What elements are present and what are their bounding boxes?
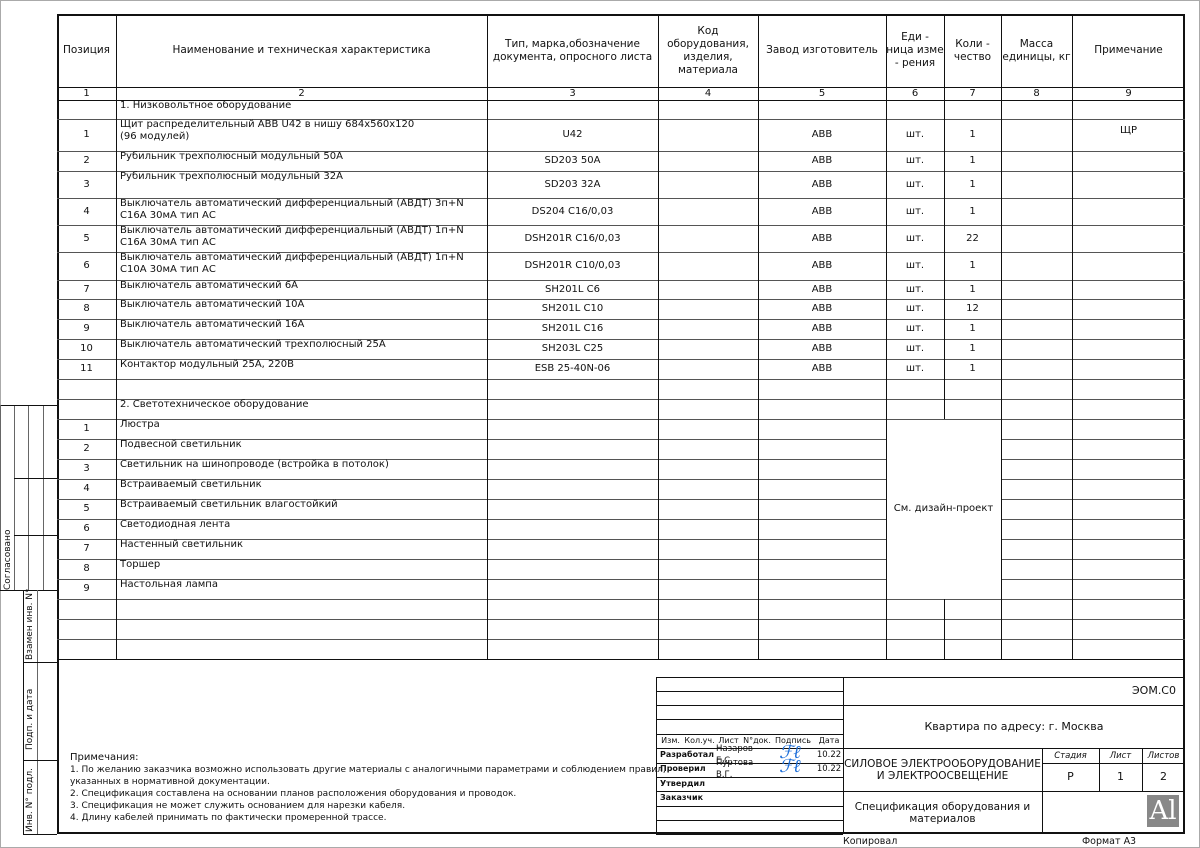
column-number: 2 bbox=[116, 87, 487, 100]
header-line: Коли - bbox=[955, 38, 990, 51]
cell-line: С10А 30мА тип АС bbox=[120, 264, 216, 276]
row-name: Подвесной светильник bbox=[116, 439, 487, 459]
stamp-role: Утвердил bbox=[660, 777, 715, 791]
header-line: документа, опросного листа bbox=[493, 51, 652, 64]
stamp-person bbox=[716, 791, 771, 805]
row-type: ESB 25-40N-06 bbox=[487, 359, 658, 379]
cell-line: Выключатель автоматический дифференциаль… bbox=[120, 252, 464, 264]
row-mass bbox=[1001, 198, 1072, 225]
cell-line: Рубильник трехполюсный модульный 32А bbox=[120, 171, 343, 183]
row-unit: шт. bbox=[886, 198, 944, 225]
cell-line: Рубильник трехполюсный модульный 50А bbox=[120, 151, 343, 163]
strip-line bbox=[0, 405, 57, 406]
row-name: Выключатель автоматический 16А bbox=[116, 319, 487, 339]
row-unit: шт. bbox=[886, 151, 944, 171]
row-maker: ABB bbox=[758, 280, 886, 299]
column-number: 8 bbox=[1001, 87, 1072, 100]
row-mass bbox=[1001, 225, 1072, 252]
stamp-date bbox=[815, 791, 843, 805]
row-name: Настольная лампа bbox=[116, 579, 487, 599]
row-maker: ABB bbox=[758, 198, 886, 225]
stamp-line bbox=[656, 820, 843, 821]
row-note bbox=[1072, 171, 1185, 198]
cell-line: Контактор модульный 25А, 220В bbox=[120, 359, 294, 371]
header-code: Кодоборудования,изделия,материала bbox=[658, 14, 758, 87]
stamp-line bbox=[656, 705, 843, 706]
header-line: ница изме bbox=[886, 44, 943, 57]
stamp-line bbox=[656, 677, 657, 834]
header-line: - рения bbox=[895, 57, 935, 70]
stage-label: Стадия bbox=[1042, 748, 1099, 763]
row-unit: шт. bbox=[886, 225, 944, 252]
row-name: Встраиваемый светильник bbox=[116, 479, 487, 499]
header-line: чество bbox=[954, 51, 991, 64]
agreed-label: Согласовано bbox=[3, 530, 13, 590]
row-position: 9 bbox=[57, 319, 116, 339]
row-qty: 1 bbox=[944, 359, 1001, 379]
cell-line: Выключатель автоматический дифференциаль… bbox=[120, 225, 464, 237]
header-line: Масса bbox=[1020, 38, 1053, 51]
row-divider bbox=[57, 639, 1185, 640]
section-title-stamp: СИЛОВОЕ ЭЛЕКТРООБОРУДОВАНИЕИ ЭЛЕКТРООСВЕ… bbox=[843, 748, 1042, 791]
cell-line: (96 модулей) bbox=[120, 131, 189, 143]
row-type: DSH201R C10/0,03 bbox=[487, 252, 658, 280]
stamp-role: Проверил bbox=[660, 762, 715, 776]
row-maker: ABB bbox=[758, 252, 886, 280]
row-note bbox=[1072, 198, 1185, 225]
column-number: 5 bbox=[758, 87, 886, 100]
row-qty: 1 bbox=[944, 280, 1001, 299]
row-unit: шт. bbox=[886, 119, 944, 151]
row-note bbox=[1072, 151, 1185, 171]
row-name: Выключатель автоматический дифференциаль… bbox=[116, 252, 487, 280]
row-name: Рубильник трехполюсный модульный 32А bbox=[116, 171, 487, 198]
column-number: 9 bbox=[1072, 87, 1185, 100]
row-name: Светодиодная лента bbox=[116, 519, 487, 539]
document-title: Спецификация оборудования иматериалов bbox=[843, 791, 1042, 834]
row-position: 3 bbox=[57, 171, 116, 198]
row-position: 6 bbox=[57, 519, 116, 539]
row-unit: шт. bbox=[886, 319, 944, 339]
row-unit: шт. bbox=[886, 171, 944, 198]
header-mass: Массаединицы, кг bbox=[1001, 14, 1072, 87]
row-mass bbox=[1001, 280, 1072, 299]
row-code bbox=[658, 319, 758, 339]
row-note bbox=[1072, 359, 1185, 379]
stamp-person: Пуртова В.Г. bbox=[716, 762, 771, 776]
object-name: Квартира по адресу: г. Москва bbox=[843, 705, 1185, 748]
row-divider bbox=[1001, 499, 1185, 500]
row-mass bbox=[1001, 359, 1072, 379]
row-code bbox=[658, 151, 758, 171]
row-divider bbox=[1001, 539, 1185, 540]
stamp-role: Разработал bbox=[660, 748, 715, 762]
cell-line: Выключатель автоматический 10А bbox=[120, 299, 304, 311]
cell-line: Щит распределительный ABB U42 в нишу 684… bbox=[120, 119, 414, 131]
copied-label: Копировал bbox=[843, 836, 897, 848]
row-note bbox=[1072, 225, 1185, 252]
row-code bbox=[658, 280, 758, 299]
row-qty: 22 bbox=[944, 225, 1001, 252]
header-line: Наименование и техническая характеристик… bbox=[172, 44, 430, 57]
header-line: Позиция bbox=[63, 44, 110, 57]
section-title-line: И ЭЛЕКТРООСВЕЩЕНИЕ bbox=[877, 770, 1008, 782]
row-type: SH203L C25 bbox=[487, 339, 658, 359]
row-code bbox=[658, 252, 758, 280]
row-position: 7 bbox=[57, 280, 116, 299]
row-type: SD203 50A bbox=[487, 151, 658, 171]
row-maker: ABB bbox=[758, 225, 886, 252]
row-position: 7 bbox=[57, 539, 116, 559]
row-name: Выключатель автоматический 10А bbox=[116, 299, 487, 319]
row-position: 6 bbox=[57, 252, 116, 280]
column-number: 3 bbox=[487, 87, 658, 100]
row-qty: 12 bbox=[944, 299, 1001, 319]
strip-line bbox=[23, 760, 57, 761]
header-qty: Коли -чество bbox=[944, 14, 1001, 87]
row-position: 9 bbox=[57, 579, 116, 599]
row-maker: ABB bbox=[758, 339, 886, 359]
stamp-line bbox=[656, 677, 843, 678]
cell-line: С16А 30мА тип АС bbox=[120, 237, 216, 249]
strip-line bbox=[14, 478, 57, 479]
stamp-role: Заказчик bbox=[660, 791, 715, 805]
stamp-line bbox=[656, 719, 843, 720]
row-note: ЩР bbox=[1072, 119, 1185, 151]
sheets-label: Листов bbox=[1142, 748, 1185, 763]
notes-title: Примечания: bbox=[70, 752, 139, 764]
row-divider bbox=[1001, 479, 1185, 480]
header-name: Наименование и техническая характеристик… bbox=[116, 14, 487, 87]
row-type: SH201L C6 bbox=[487, 280, 658, 299]
cell-line: Выключатель автоматический дифференциаль… bbox=[120, 198, 464, 210]
row-mass bbox=[1001, 319, 1072, 339]
row-maker: ABB bbox=[758, 359, 886, 379]
row-divider bbox=[1001, 459, 1185, 460]
row-maker: ABB bbox=[758, 299, 886, 319]
header-line: изделия, bbox=[683, 51, 732, 64]
row-maker: ABB bbox=[758, 151, 886, 171]
row-position: 4 bbox=[57, 198, 116, 225]
row-note bbox=[1072, 280, 1185, 299]
row-divider bbox=[57, 379, 1185, 380]
section-title: 2. Светотехническое оборудование bbox=[116, 399, 487, 419]
row-divider bbox=[57, 659, 1185, 660]
cell-line: С16А 30мА тип АС bbox=[120, 210, 216, 222]
note-line: 1. По желанию заказчика возможно использ… bbox=[70, 764, 666, 776]
row-qty: 1 bbox=[944, 252, 1001, 280]
row-position: 11 bbox=[57, 359, 116, 379]
row-unit: шт. bbox=[886, 280, 944, 299]
doc-code: ЭОМ.С0 bbox=[845, 677, 1180, 705]
stamp-col-header: Дата bbox=[815, 734, 843, 748]
row-position: 1 bbox=[57, 119, 116, 151]
row-position: 8 bbox=[57, 559, 116, 579]
row-type: SH201L C16 bbox=[487, 319, 658, 339]
header-note: Примечание bbox=[1072, 14, 1185, 87]
cell-line: Выключатель автоматический 6А bbox=[120, 280, 298, 292]
sheet-label: Лист bbox=[1099, 748, 1142, 763]
row-divider bbox=[57, 599, 1185, 600]
row-note bbox=[1072, 319, 1185, 339]
row-divider bbox=[1001, 579, 1185, 580]
row-code bbox=[658, 225, 758, 252]
row-divider bbox=[57, 619, 1185, 620]
signature-icon: ℱℓ bbox=[779, 756, 801, 777]
strip-line bbox=[37, 590, 38, 834]
row-divider bbox=[1001, 439, 1185, 440]
header-line: Примечание bbox=[1094, 44, 1163, 57]
strip-line bbox=[23, 662, 57, 663]
row-mass bbox=[1001, 339, 1072, 359]
section-title: 1. Низковольтное оборудование bbox=[116, 100, 487, 119]
stamp-date: 10.22 bbox=[815, 762, 843, 776]
sign-date-label: Подп. и дата bbox=[25, 689, 35, 750]
document-title-line: Спецификация оборудования и bbox=[855, 801, 1031, 813]
row-mass bbox=[1001, 119, 1072, 151]
stamp-line bbox=[656, 691, 843, 692]
row-position: 8 bbox=[57, 299, 116, 319]
row-name: Торшер bbox=[116, 559, 487, 579]
row-qty: 1 bbox=[944, 319, 1001, 339]
row-code bbox=[658, 198, 758, 225]
note-line: 2. Спецификация составлена на основании … bbox=[70, 788, 516, 800]
row-maker: ABB bbox=[758, 171, 886, 198]
stamp-date bbox=[815, 777, 843, 791]
note-line: 3. Спецификация не может служить основан… bbox=[70, 800, 405, 812]
stamp-date: 10.22 bbox=[815, 748, 843, 762]
row-name: Люстра bbox=[116, 419, 487, 439]
row-qty: 1 bbox=[944, 339, 1001, 359]
merged-design-note: См. дизайн-проект bbox=[886, 419, 1001, 599]
row-name: Щит распределительный ABB U42 в нишу 684… bbox=[116, 119, 487, 151]
row-mass bbox=[1001, 171, 1072, 198]
column-number: 7 bbox=[944, 87, 1001, 100]
row-position: 5 bbox=[57, 225, 116, 252]
row-name: Встраиваемый светильник влагостойкий bbox=[116, 499, 487, 519]
row-position: 2 bbox=[57, 439, 116, 459]
row-name: Светильник на шинопроводе (встройка в по… bbox=[116, 459, 487, 479]
company-logo-icon: Al bbox=[1147, 795, 1179, 827]
stamp-col-header: Изм. bbox=[656, 734, 685, 748]
stamp-line bbox=[656, 834, 843, 835]
cell-line: Выключатель автоматический трехполюсный … bbox=[120, 339, 386, 351]
note-line: 4. Длину кабелей принимать по фактически… bbox=[70, 812, 386, 824]
row-name: Контактор модульный 25А, 220В bbox=[116, 359, 487, 379]
row-type: SH201L C10 bbox=[487, 299, 658, 319]
row-mass bbox=[1001, 151, 1072, 171]
stamp-person bbox=[716, 777, 771, 791]
header-position: Позиция bbox=[57, 14, 116, 87]
row-name: Выключатель автоматический трехполюсный … bbox=[116, 339, 487, 359]
row-code bbox=[658, 119, 758, 151]
row-position: 2 bbox=[57, 151, 116, 171]
header-type: Тип, марка,обозначениедокумента, опросно… bbox=[487, 14, 658, 87]
strip-line bbox=[28, 405, 29, 590]
header-line: Еди - bbox=[901, 31, 929, 44]
col-divider bbox=[944, 599, 945, 659]
header-line: оборудования, bbox=[667, 38, 749, 51]
header-unit: Еди -ница изме- рения bbox=[886, 14, 944, 87]
note-line: указанных в нормативной документации. bbox=[70, 776, 270, 788]
row-mass bbox=[1001, 252, 1072, 280]
row-code bbox=[658, 359, 758, 379]
row-divider bbox=[1001, 559, 1185, 560]
row-unit: шт. bbox=[886, 299, 944, 319]
strip-line bbox=[14, 535, 57, 536]
row-code bbox=[658, 171, 758, 198]
section-title-line: СИЛОВОЕ ЭЛЕКТРООБОРУДОВАНИЕ bbox=[844, 758, 1041, 770]
row-qty: 1 bbox=[944, 151, 1001, 171]
row-mass bbox=[1001, 299, 1072, 319]
row-qty: 1 bbox=[944, 198, 1001, 225]
stamp-line bbox=[656, 806, 843, 807]
document-title-line: материалов bbox=[909, 813, 975, 825]
row-type: SD203 32A bbox=[487, 171, 658, 198]
row-maker: ABB bbox=[758, 119, 886, 151]
row-qty: 1 bbox=[944, 171, 1001, 198]
strip-line bbox=[14, 405, 15, 590]
sheet-value: 1 bbox=[1099, 763, 1142, 791]
header-line: Тип, марка,обозначение bbox=[505, 38, 640, 51]
row-unit: шт. bbox=[886, 252, 944, 280]
strip-line bbox=[23, 834, 57, 835]
stamp-col-header: Кол.уч. bbox=[685, 734, 714, 748]
row-note bbox=[1072, 252, 1185, 280]
strip-line bbox=[23, 590, 24, 834]
column-number: 4 bbox=[658, 87, 758, 100]
header-line: Код bbox=[697, 25, 718, 38]
strip-line bbox=[0, 405, 1, 590]
row-maker: ABB bbox=[758, 319, 886, 339]
row-qty: 1 bbox=[944, 119, 1001, 151]
inv-orig-label: Инв. N° подл. bbox=[25, 768, 35, 832]
row-unit: шт. bbox=[886, 359, 944, 379]
row-note bbox=[1072, 299, 1185, 319]
row-code bbox=[658, 299, 758, 319]
row-name: Выключатель автоматический 6А bbox=[116, 280, 487, 299]
strip-line bbox=[43, 405, 44, 590]
row-name: Рубильник трехполюсный модульный 50А bbox=[116, 151, 487, 171]
replace-inv-label: Взамен инв. N° bbox=[25, 588, 35, 660]
header-line: единицы, кг bbox=[1002, 51, 1070, 64]
format-label: Формат А3 bbox=[1082, 836, 1136, 848]
row-note bbox=[1072, 339, 1185, 359]
row-type: U42 bbox=[487, 119, 658, 151]
row-name: Настенный светильник bbox=[116, 539, 487, 559]
row-unit: шт. bbox=[886, 339, 944, 359]
row-type: DSH201R C16/0,03 bbox=[487, 225, 658, 252]
header-line: Завод изготовитель bbox=[766, 44, 878, 57]
row-name: Выключатель автоматический дифференциаль… bbox=[116, 225, 487, 252]
row-name: Выключатель автоматический дифференциаль… bbox=[116, 198, 487, 225]
stage-value: Р bbox=[1042, 763, 1099, 791]
header-maker: Завод изготовитель bbox=[758, 14, 886, 87]
row-position: 1 bbox=[57, 419, 116, 439]
row-code bbox=[658, 339, 758, 359]
row-position: 5 bbox=[57, 499, 116, 519]
cell-line: Выключатель автоматический 16А bbox=[120, 319, 304, 331]
row-divider bbox=[1001, 519, 1185, 520]
sheets-value: 2 bbox=[1142, 763, 1185, 791]
row-position: 10 bbox=[57, 339, 116, 359]
column-number: 6 bbox=[886, 87, 944, 100]
row-position: 3 bbox=[57, 459, 116, 479]
column-number: 1 bbox=[57, 87, 116, 100]
row-type: DS204 C16/0,03 bbox=[487, 198, 658, 225]
row-position: 4 bbox=[57, 479, 116, 499]
header-line: материала bbox=[678, 64, 738, 77]
